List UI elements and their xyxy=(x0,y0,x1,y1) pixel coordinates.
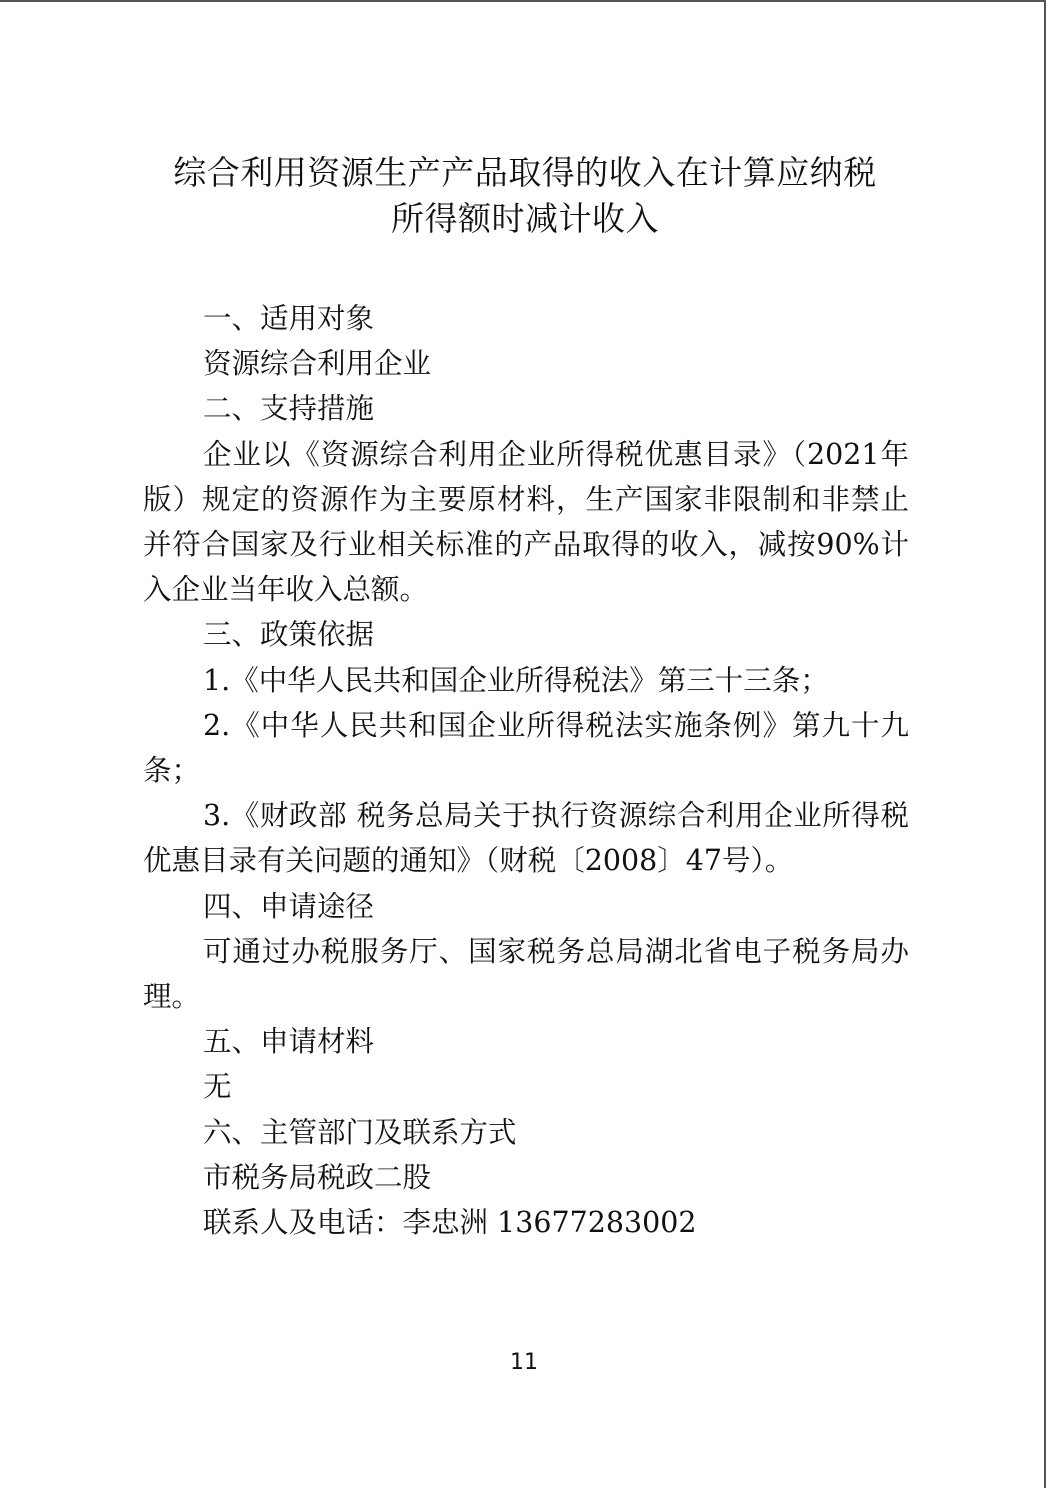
section-heading-applicable-objects: 一、适用对象 xyxy=(143,296,909,341)
policy-basis-item-3: 3.《财政部 税务总局关于执行资源综合利用企业所得税优惠目录有关问题的通知》（财… xyxy=(143,793,909,883)
contact-person-phone: 联系人及电话：李忠洲 13677283002 xyxy=(143,1200,909,1245)
page-number: 11 xyxy=(0,1350,1048,1375)
section-body-application-channel: 可通过办税服务厅、国家税务总局湖北省电子税务局办理。 xyxy=(143,929,909,1019)
policy-basis-item-2: 2.《中华人民共和国企业所得税法实施条例》第九十九条； xyxy=(143,703,909,793)
title-line-1: 综合利用资源生产产品取得的收入在计算应纳税 xyxy=(140,150,910,196)
policy-basis-item-1: 1.《中华人民共和国企业所得税法》第三十三条； xyxy=(143,658,909,703)
section-heading-policy-basis: 三、政策依据 xyxy=(143,612,909,657)
section-heading-application-channel: 四、申请途径 xyxy=(143,884,909,929)
section-heading-application-materials: 五、申请材料 xyxy=(143,1019,909,1064)
section-heading-department-contact: 六、主管部门及联系方式 xyxy=(143,1110,909,1155)
department-name: 市税务局税政二股 xyxy=(143,1155,909,1200)
section-body-support-measures: 企业以《资源综合利用企业所得税优惠目录》（2021年版）规定的资源作为主要原材料… xyxy=(143,432,909,613)
title-line-2: 所得额时减计收入 xyxy=(140,196,910,242)
section-body-application-materials: 无 xyxy=(143,1064,909,1109)
document-page: 综合利用资源生产产品取得的收入在计算应纳税 所得额时减计收入 一、适用对象 资源… xyxy=(0,0,1046,1488)
section-body-applicable-objects: 资源综合利用企业 xyxy=(143,341,909,386)
document-body: 一、适用对象 资源综合利用企业 二、支持措施 企业以《资源综合利用企业所得税优惠… xyxy=(143,296,909,1245)
document-title: 综合利用资源生产产品取得的收入在计算应纳税 所得额时减计收入 xyxy=(140,150,910,242)
section-heading-support-measures: 二、支持措施 xyxy=(143,386,909,431)
